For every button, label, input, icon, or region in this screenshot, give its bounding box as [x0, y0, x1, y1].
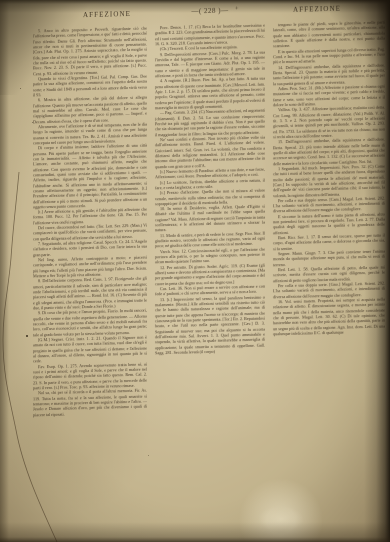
screenshot-root: { "header": { "left_word": "AFFEZIONE", … — [0, 0, 390, 542]
paragraph: Nel ling. aureo, Affetto contrapposto a … — [33, 255, 147, 279]
paragraph: — Pag. Comm. 3. 234. (C) Nasceranno affe… — [155, 108, 265, 137]
paragraph: 9. Dell'espressioni amorose. [Cors.] Pul… — [155, 49, 265, 78]
text-columns: 5. Anco in altro proposito e Proverb. ri… — [33, 20, 385, 512]
paragraph: [G.M.] Segner. Crist. instr. 1. 2. 21. Q… — [33, 335, 147, 365]
paragraph: 14. Dell'ingrossarsi ambedue, dalla squi… — [273, 62, 385, 86]
paragraph: 1 Segundam. Ad much. Impressioni. Nov. P… — [273, 163, 385, 198]
paragraph: 13. [t.] Impressione nel senso, la qual … — [155, 294, 265, 355]
page-content: AFFEZIONE —( 228 )— + AFFEZIONE 5. Anco … — [0, 0, 390, 542]
header-cross-mark: + — [235, 6, 238, 12]
paragraph: 6. Mostra in altra affezione, che più de… — [33, 95, 147, 125]
text-column-2: Porc. Denos. 1. 17. (C) Reca la lor beat… — [155, 23, 265, 509]
text-column-1: 5. Anco in altro proposito e Proverb. ri… — [33, 26, 147, 512]
paragraph: Di corpo e d'anima insieme; laddove l'af… — [33, 143, 147, 210]
running-head-right: AFFEZIONE — [293, 5, 341, 16]
paragraph: 15. Dall'ingrossarsi ambedue, dalla squi… — [273, 137, 385, 166]
paragraph: Quando io vissi d'Argentina. [Tor.] Gal.… — [33, 73, 147, 97]
paragraph: Vallisn. Op. 3. 437. Affezione ipocondri… — [273, 105, 385, 140]
paragraph: Porc. Denos. 1. 17. (C) Reca la lor beat… — [155, 23, 265, 47]
paragraph: Fav. Esop. Op. 1. 275. Avendo sopravvenu… — [33, 361, 147, 391]
paragraph: Adim. Pros. Sacr. 31. (Mt.) Affezione o … — [273, 83, 385, 107]
paragraph: E siccome la natura dell'uomo è tutta pi… — [273, 211, 385, 235]
scanned-page: AFFEZIONE —( 228 )— + AFFEZIONE 5. Anco … — [0, 0, 390, 542]
paragraph: Nol sa, chi per sé il ricorda o il porta… — [33, 388, 147, 418]
page-number: —( 228 )— — [168, 5, 252, 15]
paragraph: 10. In senso di Desiderio, voglia. Affet… — [155, 204, 265, 233]
paragraph: 8. Dell'affezione corporea. Red. Cons. 1… — [33, 276, 147, 311]
paragraph: 5. Anco in altro proposito e Proverb. ri… — [33, 26, 147, 77]
paragraph: tengono le piante de' piedi, sopra le gi… — [273, 20, 385, 49]
paragraph: Altramente, ove l'affezione è di sé mal … — [33, 121, 147, 145]
paragraph: 4. A ragione. [R.] Buon. Fier. Int. Ap. … — [155, 76, 265, 111]
running-head-left: AFFEZIONE — [83, 10, 131, 21]
paragraph: 16. Vol. sensi matem. Proprietà, nei sem… — [273, 297, 385, 337]
text-column-3: tengono le piante de' piedi, sopra le gi… — [273, 20, 385, 506]
paragraph: 12. Per astratto. Di giusto. Soder. Agri… — [155, 262, 265, 286]
paragraph: 9. Di cosa che più pesa; e l'amor propri… — [33, 308, 147, 338]
paragraph: Ne' suoi confini e dintorni. Non trovato… — [155, 134, 265, 169]
